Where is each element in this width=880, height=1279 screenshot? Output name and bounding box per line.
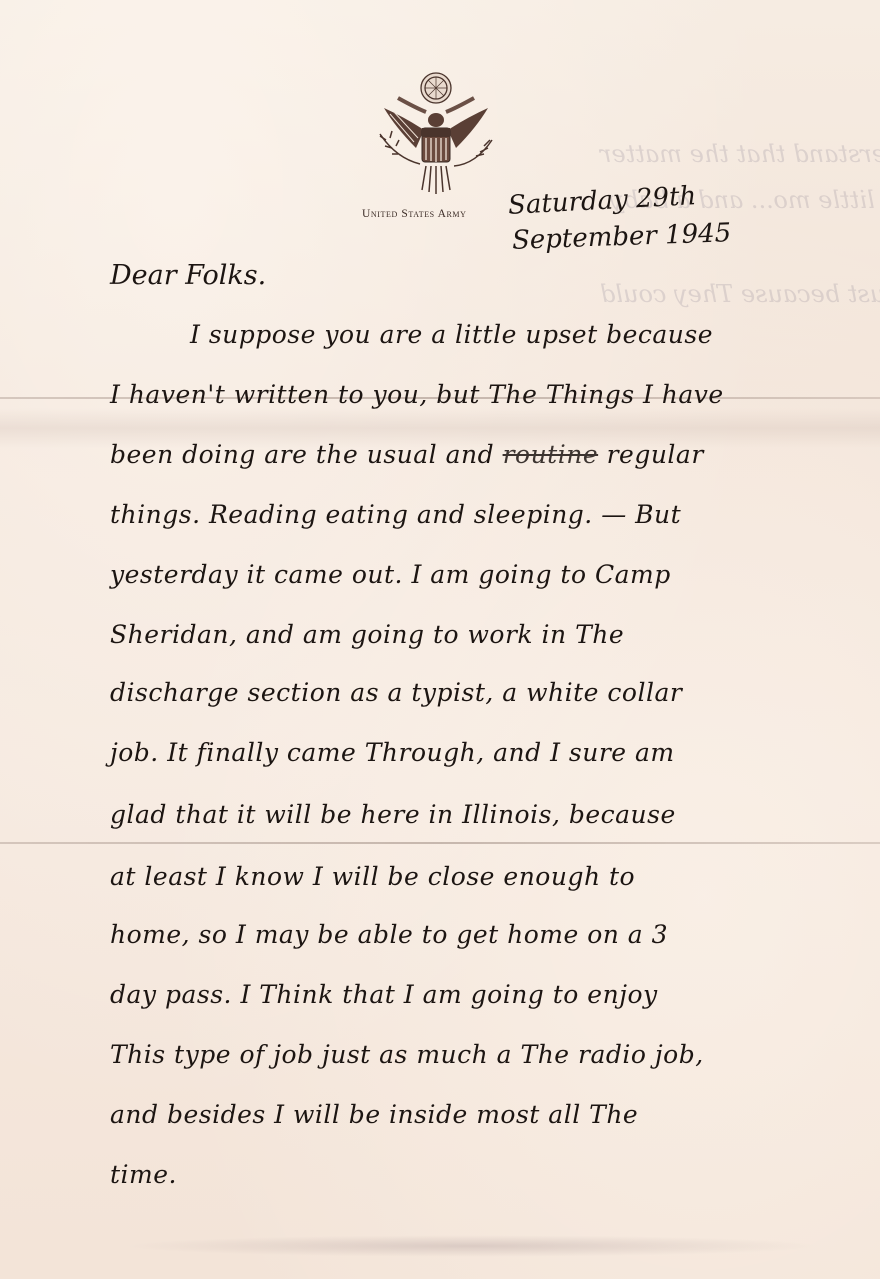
salutation: Dear Folks.: [110, 260, 266, 291]
struck-word: routine: [503, 440, 599, 469]
paper-crease: [120, 1235, 820, 1257]
body-line: day pass. I Think that I am going to enj…: [110, 980, 658, 1009]
body-line: yesterday it came out. I am going to Cam…: [110, 560, 671, 589]
bleed-through-text: I understand that the matter: [600, 140, 880, 168]
body-line: job. It finally came Through, and I sure…: [110, 738, 675, 767]
body-line: glad that it will be here in Illinois, b…: [110, 800, 676, 829]
body-line-text: been doing are the usual and: [110, 440, 494, 469]
body-line: and besides I will be inside most all Th…: [110, 1100, 638, 1129]
body-line: home, so I may be able to get home on a …: [110, 920, 668, 949]
body-line: discharge section as a typist, a white c…: [110, 678, 682, 707]
body-line: Sheridan, and am going to work in The: [110, 620, 624, 649]
body-line: I haven't written to you, but The Things…: [110, 380, 724, 409]
body-line: time.: [110, 1160, 177, 1189]
us-great-seal-eagle-icon: [376, 68, 496, 200]
letterhead-organization: United States Army: [362, 208, 467, 220]
fold-line: [0, 842, 880, 844]
body-line: at least I know I will be close enough t…: [110, 862, 635, 891]
bleed-through-text: girl just because They could: [600, 280, 880, 308]
body-line: things. Reading eating and sleeping. — B…: [110, 500, 681, 529]
letter-page: I understand that the matter take a litt…: [0, 0, 880, 1279]
date-month-year: September 1945: [512, 218, 732, 256]
body-line: I suppose you are a little upset because: [190, 320, 713, 349]
body-line-text: regular: [607, 440, 704, 469]
body-line: This type of job just as much a The radi…: [110, 1040, 704, 1069]
body-line: been doing are the usual and routine reg…: [110, 440, 704, 469]
date-weekday: Saturday 29th: [507, 181, 697, 221]
